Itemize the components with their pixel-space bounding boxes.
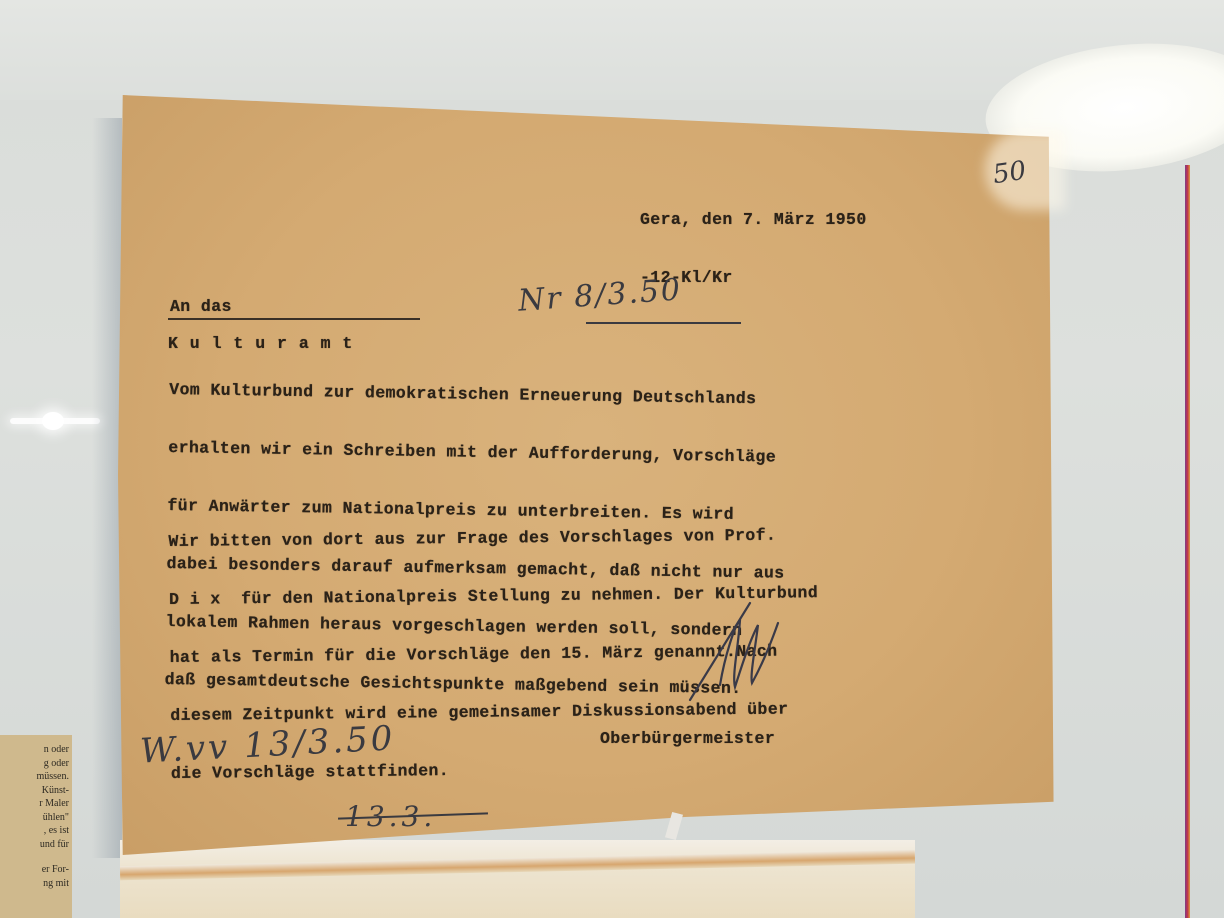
clipping-line: n oder: [0, 743, 72, 757]
page-number-handwritten: 50: [991, 156, 1028, 190]
signature-block: Oberbürgermeister: [600, 691, 775, 768]
clipping-line: Künst-: [0, 784, 72, 798]
exhibit-panel-edge: [1214, 175, 1224, 215]
text-line: Vom Kulturbund zur demokratischen Erneue…: [169, 380, 787, 410]
clipping-line: g oder: [0, 757, 72, 771]
text-line: Wir bitten von dort aus zur Frage des Vo…: [168, 525, 817, 552]
clipping-line: , es ist: [0, 824, 72, 838]
recipient-underline: [168, 318, 420, 320]
note-underline: [586, 322, 741, 324]
light-reflection-spot: [42, 412, 64, 430]
paper-shadow: [92, 118, 122, 858]
clipping-line: müssen.: [0, 770, 72, 784]
clipping-line: ühlen": [0, 811, 72, 825]
clipping-line: er For-: [0, 863, 72, 877]
date-line: Gera, den 7. März 1950: [640, 210, 867, 230]
signature-title: Oberbürgermeister: [600, 729, 775, 749]
exhibit-panel-rule: [1185, 165, 1190, 918]
signature-scribble: [680, 595, 790, 705]
clipping-line: r Maler: [0, 797, 72, 811]
clipping-line: ng mit: [0, 877, 72, 891]
clipping-line: und für: [0, 838, 72, 852]
text-line: erhalten wir ein Schreiben mit der Auffo…: [168, 438, 786, 468]
newspaper-clipping: n oder g oder müssen. Künst- r Maler ühl…: [0, 735, 72, 918]
